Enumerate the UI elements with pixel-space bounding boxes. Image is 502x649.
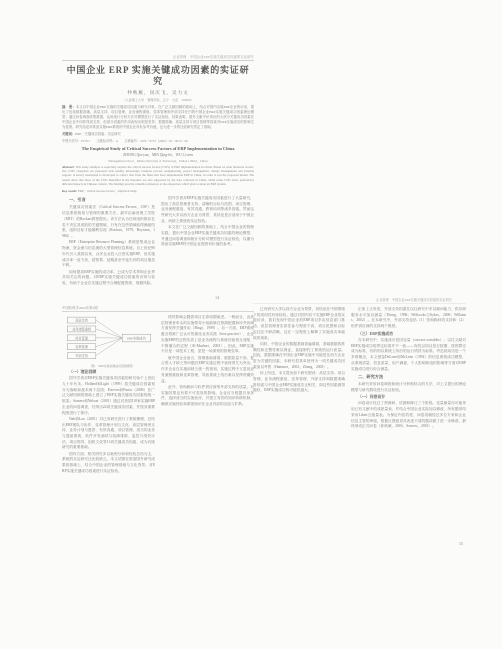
cn-abstract: 摘 要：本文以中国企业ERP实施的关键成功因素为研究对象。在广泛文献回顾的基础上… — [62, 105, 254, 131]
figure-1: 高层支持 业务流程重组 项目管理 变革管理 外部支持 ERP实施成功 图1 ER… — [62, 315, 155, 368]
en-abstract: Abstract: This study attempts to especia… — [62, 165, 254, 187]
section-heading-intro: 一、引言 — [62, 197, 155, 204]
body-paragraph: 本研究采用问卷调查和统计分析相结合的方法，对上文提出的理论模型与研究假设进行实证… — [351, 382, 466, 393]
csf-box-label: 业务流程重组 — [72, 326, 92, 331]
section-heading-questionnaire: （一）问卷设计 — [351, 394, 466, 400]
two-column-body: 高层支持 业务流程重组 项目管理 变革管理 外部支持 ERP实施成功 图1 ER… — [62, 315, 254, 543]
en-keywords: Key words: ERP；critical success factors；… — [62, 188, 254, 193]
en-title: The Empirical Study of Critical Success … — [62, 146, 254, 152]
en-affiliation: （Management School，Dalian University of … — [62, 159, 254, 163]
csf-model-figure: 高层支持 业务流程重组 项目管理 变革管理 外部支持 ERP实施成功 — [62, 315, 155, 364]
page-title: 中国企业 ERP 实施关键成功因素的实证研究 — [62, 65, 254, 87]
body-paragraph: 就中国企业而言，管理基础薄弱、数据质量不高、复合型人才缺乏等问题在ERP实施过程… — [161, 356, 254, 385]
column-left: 一、引言 关键成功因素法（Critical Success Factors，CS… — [62, 196, 155, 302]
csf-box-label: 高层支持 — [75, 318, 88, 323]
section-heading-review: （一）理论回顾 — [62, 369, 155, 375]
body-paragraph: 综上所述，本文提出如下研究假设：高层支持、项目管理、业务流程重组、变革管理、外部… — [253, 371, 345, 394]
en-abstract-text: This study attempts to especially explor… — [62, 165, 254, 187]
body-paragraph: 在本研究中，实施成功是因变量（success variables）。以往文献对E… — [351, 338, 466, 372]
cn-abstract-label: 摘 要： — [62, 105, 76, 109]
csf-box-label: 变革管理 — [75, 344, 88, 349]
en-authors: ZHONG Qiu-yan，MIN Qing-fei，WU Li-wen — [62, 153, 254, 158]
page-number-14: 14 — [215, 295, 219, 300]
body-paragraph: 问卷设计经过了预调研、试测和修订三个阶段。变量测量尽可能采用已有文献中的成熟量表… — [351, 401, 466, 430]
body-paragraph: 绩效影响会随着项目生命周期演进。一般而言，由高层管理者牵头的实施领导小组能够在资… — [161, 315, 254, 355]
scanned-page-3: 企业管理 中国企业ERP实施关键成功因素的实证研究 已有研究大多以西方企业为背景… — [253, 297, 466, 549]
body-paragraph: 此外，咨询顾问与软件供应商等外部支持的质量，对实施效果也有着不可忽视的影响。企业… — [161, 385, 254, 408]
body-paragraph: 国内方面，相关研究多以案例分析和经验总结为主，系统的实证研究还比较缺乏。本文试图… — [62, 452, 155, 475]
article-running-head: 企业管理 中国企业ERP实施关键成功因素的实证研究 — [253, 297, 466, 304]
csf-box-label: 外部支持 — [75, 353, 88, 358]
body-paragraph: 国外学者对ERP实施关键成功因素进行了大量研究，提出了高层管理者支持、清晰的目标… — [161, 196, 254, 225]
en-keywords-label: Key words: — [62, 189, 78, 193]
journal-running-head: 中国软科学2004年第2期 — [62, 305, 254, 312]
cn-keywords-text: ERP；关键成功因素；实证研究 — [75, 132, 121, 136]
body-paragraph: Nah和Lau（2001）对已有研究进行了系统梳理，总结出ERP团队与协作、变革… — [62, 417, 155, 451]
body-paragraph: 已有研究大多以西方企业为背景，其结论在中国情境下的适用性有待检验。通过对国内若干… — [253, 307, 345, 341]
csf-result-label: ERP实施成功 — [127, 336, 146, 341]
body-paragraph: 本文在广泛文献回顾的基础上，结合中国企业的管理实践，提出中国企业ERP实施关键成… — [161, 225, 254, 248]
page-number-15: 15 — [459, 541, 463, 546]
figure-caption: 图1 ERP实施关键成功因素模型 — [62, 364, 155, 369]
column-left: 已有研究大多以西方企业为背景，其结论在中国情境下的适用性有待检验。通过对国内若干… — [253, 307, 345, 539]
en-keywords-text: ERP；critical success factors；empirical s… — [78, 189, 137, 193]
running-head: 企业管理 中国企业ERP实施关键成功因素的实证研究 — [62, 55, 254, 61]
body-paragraph: 同时，中国企业的数据基础普遍薄弱，基础数据的准确性和完整性难以保证，直接制约了系… — [253, 342, 345, 371]
body-paragraph: 如何提高ERP实施的成功率，已成为学术界和企业界共同关注的问题。对ERP实施关键… — [62, 270, 155, 287]
two-column-body: 一、引言 关键成功因素法（Critical Success Factors，CS… — [62, 196, 254, 302]
body-paragraph: ERP（Enterprise Resource Planning）系统是集成企业… — [62, 240, 155, 269]
column-right: 国外学者对ERP实施关键成功因素进行了大量研究，提出了高层管理者支持、清晰的目标… — [161, 196, 254, 302]
scanned-page-1: 企业管理 中国企业ERP实施关键成功因素的实证研究 中国企业 ERP 实施关键成… — [62, 55, 254, 305]
column-left: 高层支持 业务流程重组 项目管理 变革管理 外部支持 ERP实施成功 图1 ER… — [62, 315, 155, 543]
scanned-page-2: 中国软科学2004年第2期 高层支持 业务流程重组 — [62, 305, 254, 545]
cn-keywords: 关键词：ERP；关键成功因素；实证研究 — [62, 131, 254, 136]
en-abstract-label: Abstract: — [62, 165, 75, 169]
column-right: 正如上文所述，外部支持因素在以往研究中多以顾问能力、供应商服务水平加以测量（Th… — [351, 307, 466, 539]
section-heading-method: 二、研究方法 — [351, 374, 466, 381]
affiliation-line: （大连理工大学 管理学院，辽宁 大连 116024） — [62, 97, 254, 102]
section-heading-success: （三）ERP实施成功 — [351, 331, 466, 337]
body-paragraph: 正如上文所述，外部支持因素在以往研究中多以顾问能力、供应商服务水平加以测量（Th… — [351, 307, 466, 330]
csf-box-label: 项目管理 — [75, 335, 88, 340]
authors-line: 仲秋雁，闵庆飞，吴力文 — [62, 90, 254, 96]
column-right: 绩效影响会随着项目生命周期演进。一般而言，由高层管理者牵头的实施领导小组能够在资… — [161, 315, 254, 543]
cn-keywords-label: 关键词： — [62, 132, 75, 136]
cn-abstract-text: 本文以中国企业ERP实施的关键成功因素为研究对象。在广泛文献回顾的基础上，结合对… — [62, 105, 254, 129]
two-column-body: 已有研究大多以西方企业为背景，其结论在中国情境下的适用性有待检验。通过对国内若干… — [253, 307, 466, 539]
body-paragraph: 关键成功因素法（Critical Success Factors，CSF）是信息… — [62, 205, 155, 239]
body-paragraph: 国外学者对ERP实施关键成功因素的研究始于上世纪九十年代末。Holland和Li… — [62, 376, 155, 416]
classification-line: 中图分类号：F270.7 文献标识码：A 文章编号：1002－9753（2004… — [62, 138, 254, 143]
